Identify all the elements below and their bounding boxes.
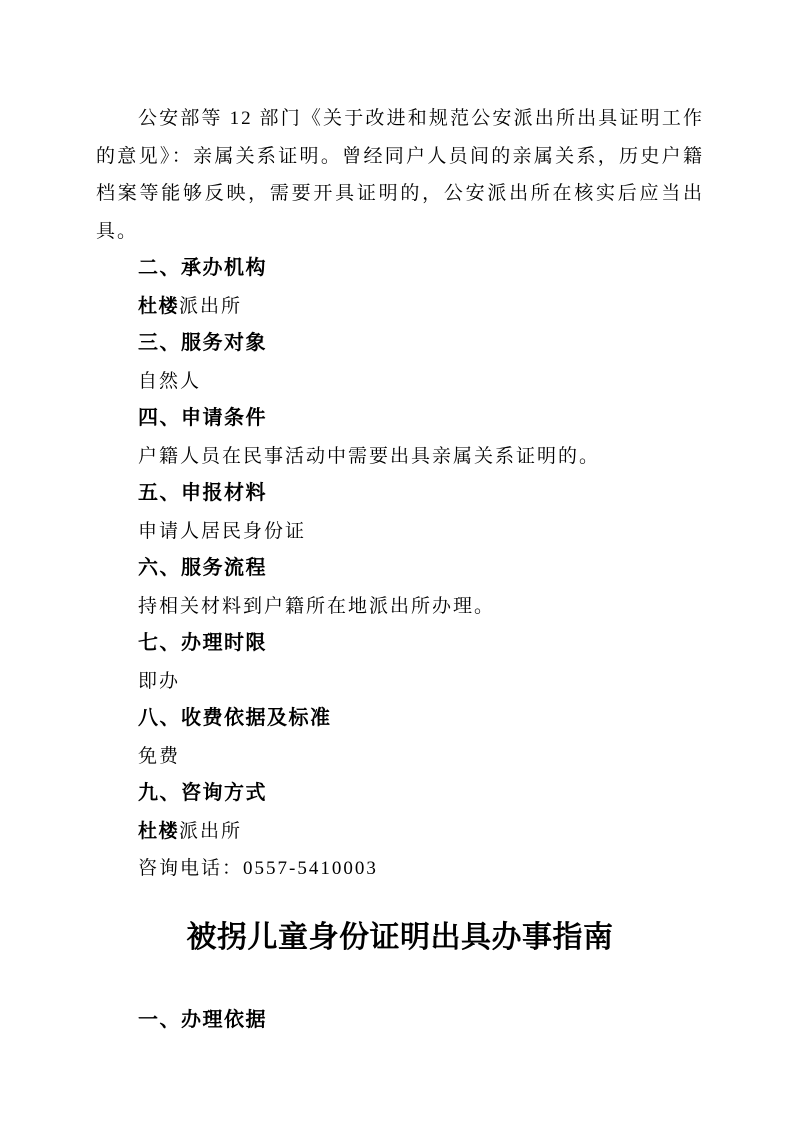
document-page: 公安部等 12 部门《关于改进和规范公安派出所出具证明工作的意见》：亲属关系证明…	[0, 0, 793, 1122]
section-heading: 六、服务流程	[96, 550, 704, 588]
section-heading: 五、申报材料	[96, 475, 704, 513]
section-content-line: 杜楼派出所	[96, 288, 704, 326]
section-content-line: 申请人居民身份证	[96, 513, 704, 551]
section-content-line: 咨询电话：0557-5410003	[96, 850, 704, 888]
section-heading: 四、申请条件	[96, 400, 704, 438]
section-heading: 三、服务对象	[96, 325, 704, 363]
guide-sections: 二、承办机构杜楼派出所三、服务对象自然人四、申请条件户籍人员在民事活动中需要出具…	[96, 250, 704, 888]
content-run: 派出所	[179, 296, 242, 317]
content-run: 持相关材料到户籍所在地派出所办理。	[138, 596, 495, 617]
section-heading: 八、收费依据及标准	[96, 700, 704, 738]
section-content-line: 户籍人员在民事活动中需要出具亲属关系证明的。	[96, 438, 704, 476]
section-content-line: 持相关材料到户籍所在地派出所办理。	[96, 588, 704, 626]
content-run: 自然人	[138, 371, 201, 392]
section-content-line: 免费	[96, 738, 704, 776]
section-content-line: 自然人	[96, 363, 704, 401]
content-run: 户籍人员在民事活动中需要出具亲属关系证明的。	[138, 446, 600, 467]
document-content: 公安部等 12 部门《关于改进和规范公安派出所出具证明工作的意见》：亲属关系证明…	[0, 0, 793, 1039]
section-content-line: 杜楼派出所	[96, 813, 704, 851]
intro-paragraph: 公安部等 12 部门《关于改进和规范公安派出所出具证明工作的意见》：亲属关系证明…	[96, 100, 704, 250]
content-run: 即办	[138, 671, 180, 692]
content-run: 咨询电话：0557-5410003	[138, 858, 378, 879]
content-run: 派出所	[179, 821, 242, 842]
section-heading-basis: 一、办理依据	[96, 1002, 704, 1040]
guide-title: 被拐儿童身份证明出具办事指南	[96, 918, 704, 958]
section-heading: 九、咨询方式	[96, 775, 704, 813]
section-content-line: 即办	[96, 663, 704, 701]
content-run-bold: 杜楼	[138, 821, 179, 842]
section-heading: 二、承办机构	[96, 250, 704, 288]
section-heading: 七、办理时限	[96, 625, 704, 663]
content-run: 申请人居民身份证	[138, 521, 306, 542]
content-run: 免费	[138, 746, 180, 767]
content-run-bold: 杜楼	[138, 296, 179, 317]
